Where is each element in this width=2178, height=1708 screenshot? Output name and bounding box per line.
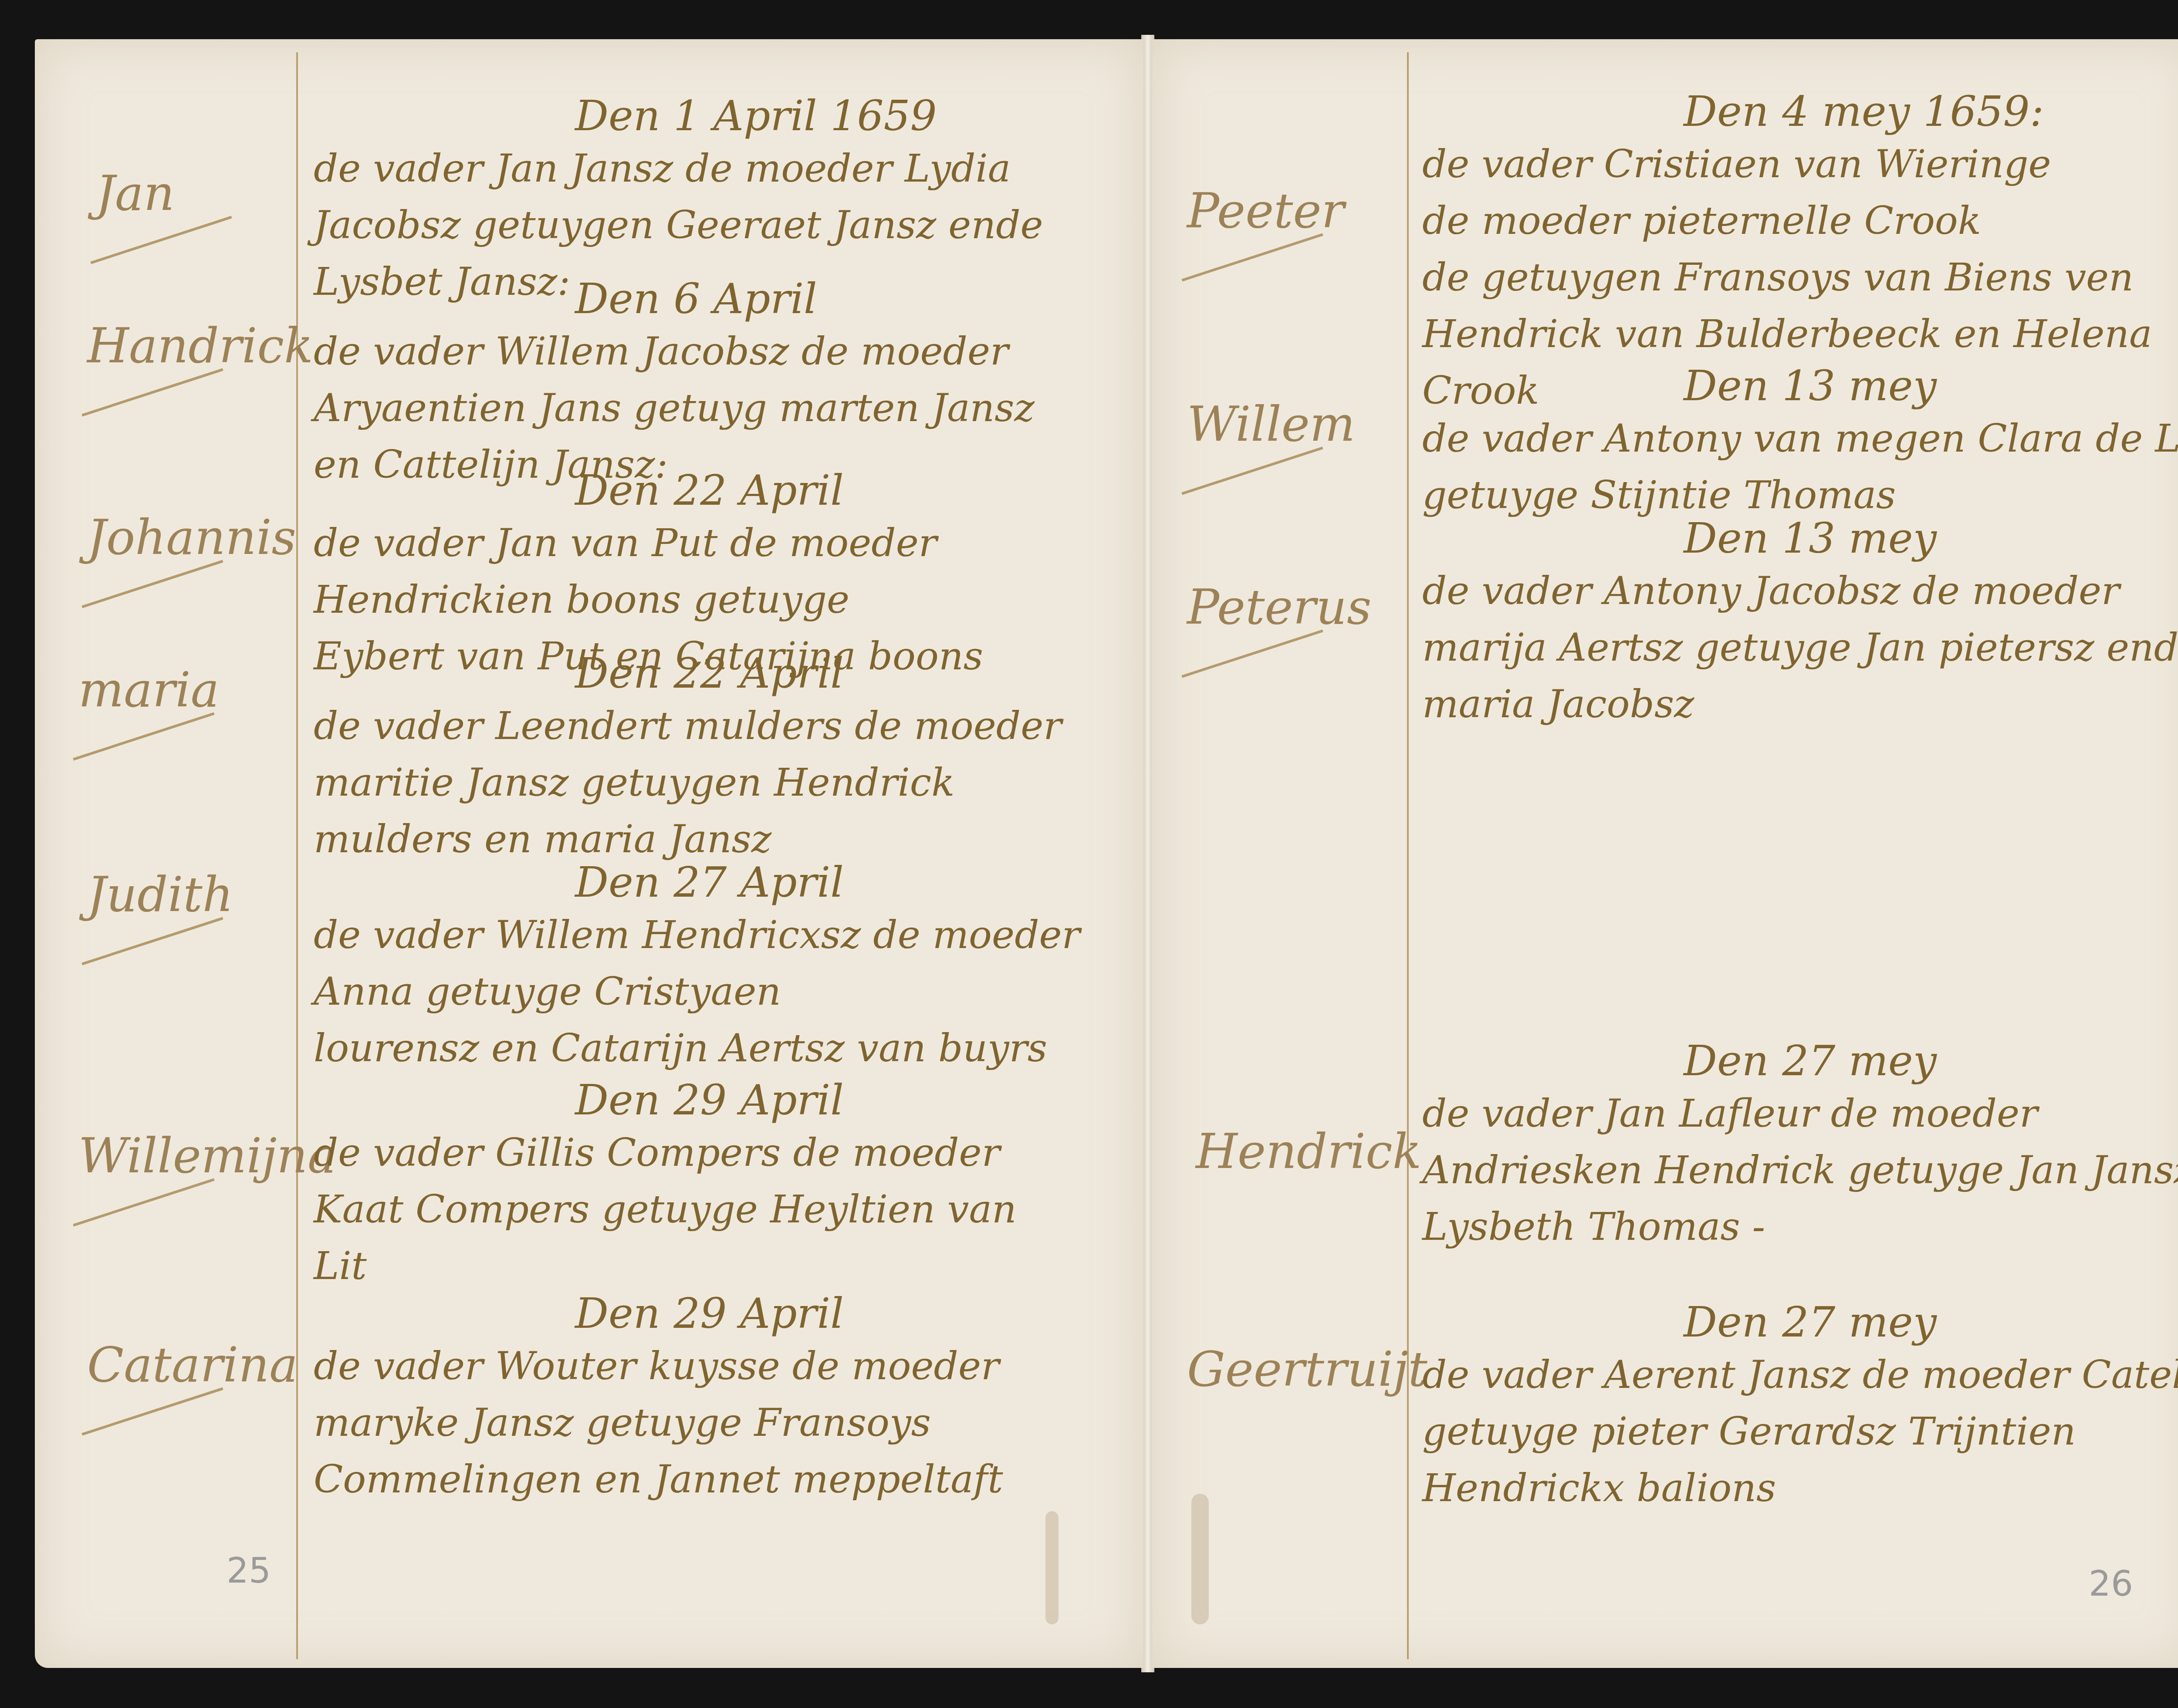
entry-line: Hendrickx balions bbox=[1422, 1460, 2178, 1516]
ink-stain bbox=[1191, 1494, 1209, 1624]
margin-name: maria bbox=[78, 662, 219, 738]
open-register-book: Jan Den 1 April 1659 de vader Jan Jansz … bbox=[26, 26, 2178, 1681]
entry-line: marija Aertsz getuyge Jan pietersz ende bbox=[1422, 619, 2178, 676]
margin-name: Willem bbox=[1187, 396, 1355, 472]
entry-line: maritie Jansz getuygen Hendrick bbox=[314, 754, 1062, 811]
margin-name: Johannis bbox=[87, 510, 296, 585]
margin-name: Judith bbox=[87, 867, 233, 942]
entry-line: Aryaentien Jans getuyg marten Jansz bbox=[314, 380, 1035, 436]
margin-name: Peeter bbox=[1187, 183, 1344, 259]
margin-name: Geertruijt bbox=[1187, 1341, 1427, 1397]
entry-line: Lysbeth Thomas - bbox=[1422, 1198, 2178, 1255]
page-number: 25 bbox=[227, 1550, 271, 1591]
entry-date: Den 4 mey 1659: bbox=[1684, 87, 2152, 136]
entry-line: de vader Gillis Compers de moeder bbox=[314, 1124, 1017, 1181]
entry-line: Anna getuyge Cristyaen bbox=[314, 963, 1080, 1020]
entry-date: Den 29 April bbox=[575, 1289, 1003, 1338]
entry-line: de vader Willem Jacobsz de moeder bbox=[314, 323, 1035, 380]
baptism-entry: Den 13 mey de vader Antony van megen Cla… bbox=[1422, 361, 2178, 523]
entry-line: Lit bbox=[314, 1238, 1017, 1294]
entry-date: Den 27 mey bbox=[1684, 1298, 2178, 1347]
right-page: Peeter Den 4 mey 1659: de vader Cristiae… bbox=[1152, 39, 2178, 1668]
entry-line: de vader Leendert mulders de moeder bbox=[314, 698, 1062, 754]
entry-line: maria Jacobsz bbox=[1422, 676, 2178, 732]
entry-line: Hendrickien boons getuyge bbox=[314, 571, 983, 628]
entry-date: Den 27 mey bbox=[1684, 1036, 2178, 1085]
baptism-entry: Den 27 mey de vader Jan Lafleur de moede… bbox=[1422, 1036, 2178, 1255]
entry-line: Kaat Compers getuyge Heyltien van bbox=[314, 1181, 1017, 1238]
margin-name: Catarina bbox=[87, 1337, 298, 1413]
entry-line: de vader Willem Hendricxsz de moeder bbox=[314, 907, 1080, 963]
entry-line: Hendrick van Bulderbeeck en Helena bbox=[1422, 306, 2152, 362]
baptism-entry: Den 29 April de vader Gillis Compers de … bbox=[314, 1076, 1017, 1294]
margin-rule-line bbox=[1407, 52, 1409, 1659]
entry-date: Den 6 April bbox=[575, 274, 1035, 323]
entry-line: Commelingen en Jannet meppeltaft bbox=[314, 1451, 1003, 1508]
margin-rule-line bbox=[296, 52, 298, 1659]
entry-date: Den 1 April 1659 bbox=[575, 91, 1043, 140]
entry-line: de vader Antony Jacobsz de moeder bbox=[1422, 563, 2178, 619]
margin-name: Jan bbox=[96, 165, 235, 241]
entry-line: de vader Antony van megen Clara de Lang bbox=[1422, 410, 2178, 467]
page-number: 26 bbox=[2089, 1563, 2133, 1604]
entry-line: Andriesken Hendrick getuyge Jan Jansz bbox=[1422, 1142, 2178, 1198]
entry-line: de getuygen Fransoys van Biens ven bbox=[1422, 249, 2152, 306]
left-page: Jan Den 1 April 1659 de vader Jan Jansz … bbox=[35, 39, 1143, 1668]
entry-line: getuyge pieter Gerardsz Trijntien bbox=[1422, 1403, 2178, 1460]
baptism-entry: Den 13 mey de vader Antony Jacobsz de mo… bbox=[1422, 514, 2178, 732]
entry-line: Jacobsz getuygen Geeraet Jansz ende bbox=[314, 197, 1043, 253]
entry-line: maryke Jansz getuyge Fransoys bbox=[314, 1394, 1003, 1451]
entry-line: lourensz en Catarijn Aertsz van buyrs bbox=[314, 1020, 1080, 1077]
ink-stain bbox=[1045, 1511, 1059, 1624]
entry-line: de vader Aerent Jansz de moeder Catelijn bbox=[1422, 1347, 2178, 1403]
entry-line: de vader Cristiaen van Wieringe bbox=[1422, 136, 2152, 192]
baptism-entry: Den 27 mey de vader Aerent Jansz de moed… bbox=[1422, 1298, 2178, 1516]
entry-date: Den 29 April bbox=[575, 1076, 1017, 1124]
margin-name: Handrick bbox=[87, 318, 313, 394]
entry-line: de vader Jan van Put de moeder bbox=[314, 515, 983, 571]
entry-date: Den 13 mey bbox=[1684, 361, 2178, 410]
entry-date: Den 27 April bbox=[575, 858, 1080, 907]
entry-line: de vader Wouter kuysse de moeder bbox=[314, 1338, 1003, 1394]
baptism-entry: Den 27 April de vader Willem Hendricxsz … bbox=[314, 858, 1080, 1077]
baptism-entry: Den 6 April de vader Willem Jacobsz de m… bbox=[314, 274, 1035, 493]
entry-date: Den 22 April bbox=[575, 649, 1062, 698]
entry-line: de vader Jan Jansz de moeder Lydia bbox=[314, 140, 1043, 197]
margin-name: Peterus bbox=[1187, 579, 1371, 655]
entry-line: de vader Jan Lafleur de moeder bbox=[1422, 1085, 2178, 1142]
entry-date: Den 22 April bbox=[575, 466, 983, 515]
entry-date: Den 13 mey bbox=[1684, 514, 2178, 563]
margin-name: Willemijna bbox=[78, 1128, 336, 1204]
baptism-entry: Den 22 April de vader Leendert mulders d… bbox=[314, 649, 1062, 868]
baptism-entry: Den 29 April de vader Wouter kuysse de m… bbox=[314, 1289, 1003, 1508]
entry-line: de moeder pieternelle Crook bbox=[1422, 192, 2152, 249]
margin-name: Hendrick bbox=[1196, 1124, 1421, 1179]
